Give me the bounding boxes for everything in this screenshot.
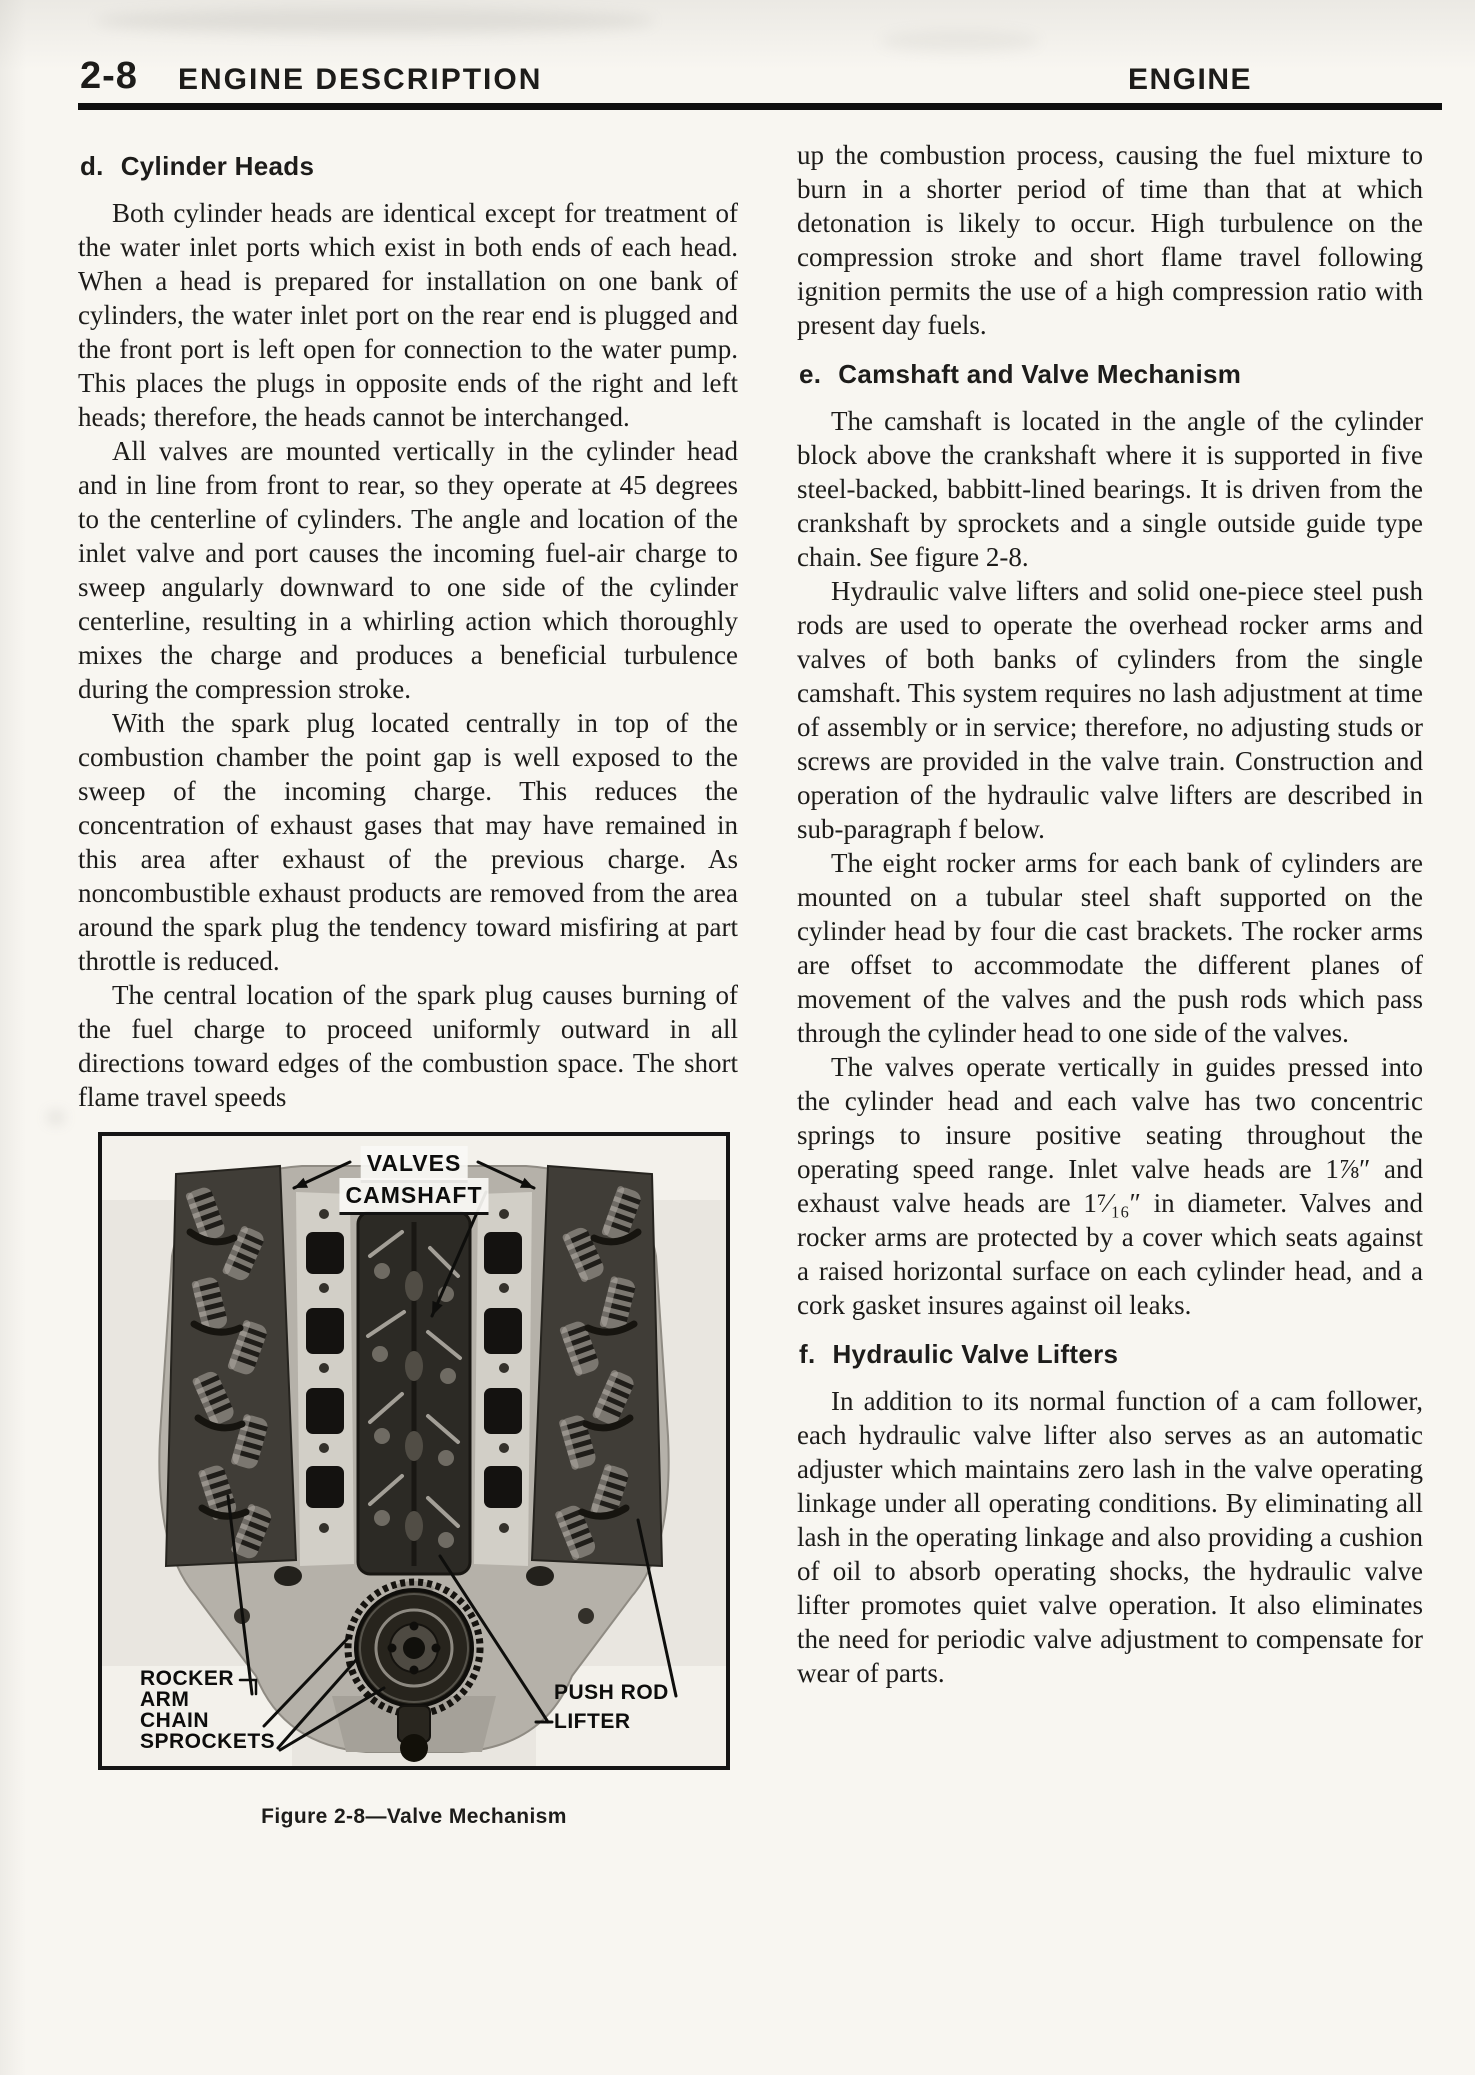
figure-label-line: ARM [140,1689,275,1710]
figure-label-push-rod-lifter: PUSH ROD LIFTER [554,1678,669,1736]
paragraph: With the spark plug located centrally in… [78,706,738,978]
page-number: 2-8 [80,55,138,98]
section-heading-d: d.Cylinder Heads [80,150,738,182]
figure-label-line: SPROCKETS [140,1731,275,1752]
figure-frame: VALVES CAMSHAFT ROCKER ARM CHAIN SPROCKE… [98,1132,730,1770]
manual-page: 2-8 ENGINE DESCRIPTION ENGINE d.Cylinder… [0,0,1475,2075]
heading-letter: d. [80,150,104,182]
figure-label-lifter: LIFTER [554,1707,669,1736]
paragraph: In addition to its normal function of a … [797,1384,1423,1690]
paragraph: The camshaft is located in the angle of … [797,404,1423,574]
section-heading-f: f.Hydraulic Valve Lifters [799,1338,1423,1370]
heading-text: Hydraulic Valve Lifters [832,1339,1118,1369]
paragraph: The valves operate vertically in guides … [797,1050,1423,1322]
header-title-right: ENGINE [1128,63,1252,97]
scan-speck [48,1112,64,1123]
figure-label-push-rod: PUSH ROD [554,1678,669,1707]
heading-letter: f. [799,1338,815,1370]
scan-smudge [95,8,655,34]
paragraph: Both cylinder heads are identical except… [78,196,738,434]
section-heading-e: e.Camshaft and Valve Mechanism [799,358,1423,390]
figure-caption: Figure 2-8—Valve Mechanism [98,1800,730,1834]
figure-label-camshaft: CAMSHAFT [339,1178,488,1215]
paragraph-continuation: up the combustion process, causing the f… [797,138,1423,342]
right-column: up the combustion process, causing the f… [797,138,1423,1690]
left-column: d.Cylinder Heads Both cylinder heads are… [78,138,738,1834]
figure-2-8: VALVES CAMSHAFT ROCKER ARM CHAIN SPROCKE… [98,1132,738,1834]
scan-smudge [880,30,1040,52]
header-rule [78,103,1442,110]
paragraph: All valves are mounted vertically in the… [78,434,738,706]
paragraph: Hydraulic valve lifters and solid one-pi… [797,574,1423,846]
heading-letter: e. [799,358,821,390]
paragraph: The eight rocker arms for each bank of c… [797,846,1423,1050]
heading-text: Camshaft and Valve Mechanism [838,359,1241,389]
header-title-left: ENGINE DESCRIPTION [178,63,542,97]
figure-label-rocker-arm-chain-sprockets: ROCKER ARM CHAIN SPROCKETS [140,1668,275,1752]
heading-text: Cylinder Heads [121,151,315,181]
figure-label-line: ROCKER [140,1668,275,1689]
paragraph: The central location of the spark plug c… [78,978,738,1114]
figure-label-line: CHAIN [140,1710,275,1731]
